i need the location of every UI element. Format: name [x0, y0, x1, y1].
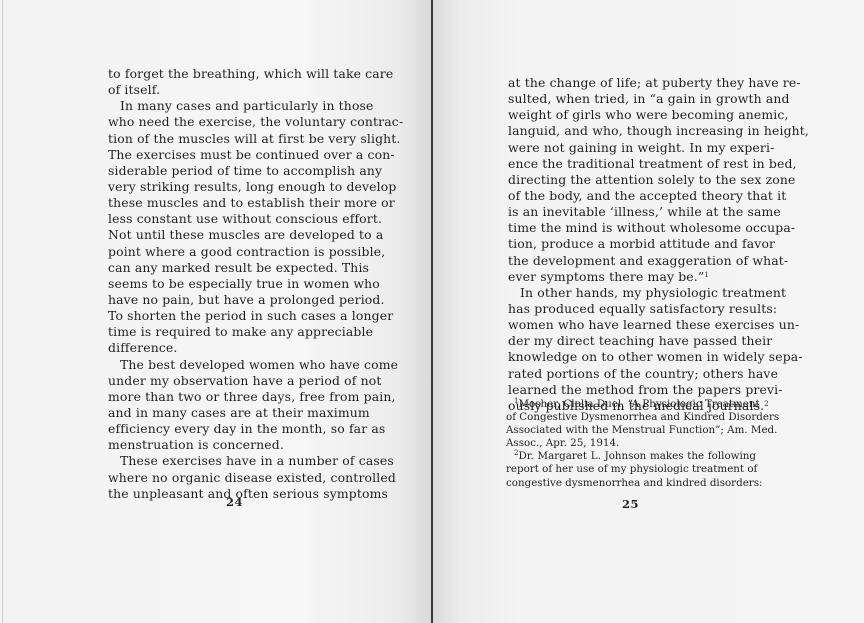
text-line: menstruation is concerned.: [108, 437, 357, 453]
right-page-body: at the change of life; at puberty they h…: [508, 75, 756, 414]
line-text: ence the traditional treatment of rest i…: [508, 156, 797, 171]
text-line: of itself.: [108, 82, 357, 98]
line-text: time is required to make any appreciable: [108, 324, 373, 339]
text-line: report of her use of my physiologic trea…: [506, 463, 756, 476]
text-line: these muscles and to establish their mor…: [108, 195, 357, 211]
text-line: women who have learned these exercises u…: [508, 317, 756, 333]
line-text: menstruation is concerned.: [108, 437, 284, 452]
line-text: difference.: [108, 340, 178, 355]
line-text: Mosher, Clelia Duel, “A Physiologic Trea…: [518, 398, 759, 410]
line-text: to forget the breathing, which will take…: [108, 66, 393, 81]
text-line: seems to be especially true in women who: [108, 276, 357, 292]
text-line: the development and exaggeration of what…: [508, 253, 756, 269]
text-line: of Congestive Dysmenorrhea and Kindred D…: [506, 411, 756, 424]
text-line: time the mind is without wholesome occup…: [508, 220, 756, 236]
line-text: siderable period of time to accomplish a…: [108, 163, 382, 178]
line-text: who need the exercise, the voluntary con…: [108, 114, 403, 129]
left-page-body: to forget the breathing, which will take…: [108, 66, 357, 502]
text-line: knowledge on to other women in widely se…: [508, 349, 756, 365]
text-line: der my direct teaching have passed their: [508, 333, 756, 349]
line-text: congestive dysmenorrhea and kindred diso…: [506, 477, 762, 489]
left-page: to forget the breathing, which will take…: [0, 0, 432, 623]
line-text: women who have learned these exercises u…: [508, 317, 799, 332]
text-line: tion of the muscles will at first be ver…: [108, 131, 357, 147]
page-number-right: 25: [622, 497, 639, 511]
line-text: can any marked result be expected. This: [108, 260, 369, 275]
text-line: 2Dr. Margaret L. Johnson makes the follo…: [506, 450, 756, 463]
line-text: seems to be especially true in women who: [108, 276, 380, 291]
text-line: were not gaining in weight. In my experi…: [508, 140, 756, 156]
line-text: report of her use of my physiologic trea…: [506, 463, 757, 475]
text-line: difference.: [108, 340, 357, 356]
line-text: The exercises must be continued over a c…: [108, 147, 395, 162]
text-line: siderable period of time to accomplish a…: [108, 163, 357, 179]
text-line: has produced equally satisfactory result…: [508, 301, 756, 317]
text-line: Assoc., Apr. 25, 1914.: [506, 437, 756, 450]
line-text: sulted, when tried, in “a gain in growth…: [508, 91, 790, 106]
line-text: languid, and who, though increasing in h…: [508, 123, 809, 138]
text-line: rated portions of the country; others ha…: [508, 366, 756, 382]
line-text: time the mind is without wholesome occup…: [508, 220, 795, 235]
text-line: These exercises have in a number of case…: [108, 453, 357, 469]
line-text: Dr. Margaret L. Johnson makes the follow…: [518, 450, 756, 462]
text-line: point where a good contraction is possib…: [108, 244, 357, 260]
line-text: These exercises have in a number of case…: [120, 453, 394, 468]
text-line: efficiency every day in the month, so fa…: [108, 421, 357, 437]
text-line: To shorten the period in such cases a lo…: [108, 308, 357, 324]
line-text: is an inevitable ‘illness,’ while at the…: [508, 204, 781, 219]
line-text: tion, produce a morbid attitude and favo…: [508, 236, 775, 251]
line-text: tion of the muscles will at first be ver…: [108, 131, 401, 146]
line-text: In other hands, my physiologic treatment: [520, 285, 786, 300]
line-text: der my direct teaching have passed their: [508, 333, 772, 348]
text-line: who need the exercise, the voluntary con…: [108, 114, 357, 130]
line-text: under my observation have a period of no…: [108, 373, 382, 388]
text-line: more than two or three days, free from p…: [108, 389, 357, 405]
text-line: have no pain, but have a prolonged perio…: [108, 292, 357, 308]
footnote-reference: 2: [764, 400, 769, 408]
text-line: In other hands, my physiologic treatment: [508, 285, 756, 301]
line-text: The best developed women who have come: [120, 357, 398, 372]
book-spread: to forget the breathing, which will take…: [0, 0, 864, 623]
text-line: In many cases and particularly in those: [108, 98, 357, 114]
text-line: 1Mosher, Clelia Duel, “A Physiologic Tre…: [506, 398, 756, 411]
line-text: rated portions of the country; others ha…: [508, 366, 778, 381]
line-text: very striking results, long enough to de…: [108, 179, 396, 194]
line-text: efficiency every day in the month, so fa…: [108, 421, 385, 436]
text-line: languid, and who, though increasing in h…: [508, 123, 756, 139]
line-text: and in many cases are at their maximum: [108, 405, 370, 420]
text-line: at the change of life; at puberty they h…: [508, 75, 756, 91]
right-page: at the change of life; at puberty they h…: [433, 0, 864, 623]
line-text: of itself.: [108, 82, 160, 97]
text-line: can any marked result be expected. This: [108, 260, 357, 276]
text-line: sulted, when tried, in “a gain in growth…: [508, 91, 756, 107]
line-text: of Congestive Dysmenorrhea and Kindred D…: [506, 411, 779, 423]
line-text: at the change of life; at puberty they h…: [508, 75, 801, 90]
line-text: To shorten the period in such cases a lo…: [108, 308, 393, 323]
text-line: tion, produce a morbid attitude and favo…: [508, 236, 756, 252]
text-line: The best developed women who have come: [108, 357, 357, 373]
text-line: Not until these muscles are developed to…: [108, 227, 357, 243]
text-line: The exercises must be continued over a c…: [108, 147, 357, 163]
line-text: less constant use without conscious effo…: [108, 211, 382, 226]
text-line: to forget the breathing, which will take…: [108, 66, 357, 82]
text-line: Associated with the Menstrual Function”;…: [506, 424, 756, 437]
text-line: weight of girls who were becoming anemic…: [508, 107, 756, 123]
text-line: of the body, and the accepted theory tha…: [508, 188, 756, 204]
line-text: ever symptoms there may be.”: [508, 269, 704, 284]
line-text: of the body, and the accepted theory tha…: [508, 188, 786, 203]
line-text: learned the method from the papers previ…: [508, 382, 783, 397]
page-number-left: 24: [226, 495, 243, 509]
text-line: ence the traditional treatment of rest i…: [508, 156, 756, 172]
footnotes: 1Mosher, Clelia Duel, “A Physiologic Tre…: [506, 398, 756, 490]
line-text: Assoc., Apr. 25, 1914.: [506, 437, 619, 449]
text-line: very striking results, long enough to de…: [108, 179, 357, 195]
page-edge: [2, 0, 3, 623]
line-text: Associated with the Menstrual Function”;…: [506, 424, 777, 436]
text-line: learned the method from the papers previ…: [508, 382, 756, 398]
footnote-reference: 1: [704, 271, 709, 279]
line-text: In many cases and particularly in those: [120, 98, 374, 113]
line-text: the development and exaggeration of what…: [508, 253, 788, 268]
line-text: were not gaining in weight. In my experi…: [508, 140, 774, 155]
line-text: have no pain, but have a prolonged perio…: [108, 292, 385, 307]
line-text: more than two or three days, free from p…: [108, 389, 396, 404]
line-text: the unpleasant and often serious symptom…: [108, 486, 388, 501]
line-text: has produced equally satisfactory result…: [508, 301, 777, 316]
line-text: weight of girls who were becoming anemic…: [508, 107, 789, 122]
text-line: less constant use without conscious effo…: [108, 211, 357, 227]
line-text: directing the attention solely to the se…: [508, 172, 796, 187]
line-text: these muscles and to establish their mor…: [108, 195, 395, 210]
line-text: knowledge on to other women in widely se…: [508, 349, 803, 364]
text-line: under my observation have a period of no…: [108, 373, 357, 389]
line-text: point where a good contraction is possib…: [108, 244, 385, 259]
text-line: where no organic disease existed, contro…: [108, 470, 357, 486]
text-line: congestive dysmenorrhea and kindred diso…: [506, 477, 756, 490]
line-text: where no organic disease existed, contro…: [108, 470, 396, 485]
text-line: directing the attention solely to the se…: [508, 172, 756, 188]
text-line: ever symptoms there may be.”1: [508, 269, 756, 285]
text-line: is an inevitable ‘illness,’ while at the…: [508, 204, 756, 220]
text-line: time is required to make any appreciable: [108, 324, 357, 340]
text-line: and in many cases are at their maximum: [108, 405, 357, 421]
line-text: Not until these muscles are developed to…: [108, 227, 383, 242]
